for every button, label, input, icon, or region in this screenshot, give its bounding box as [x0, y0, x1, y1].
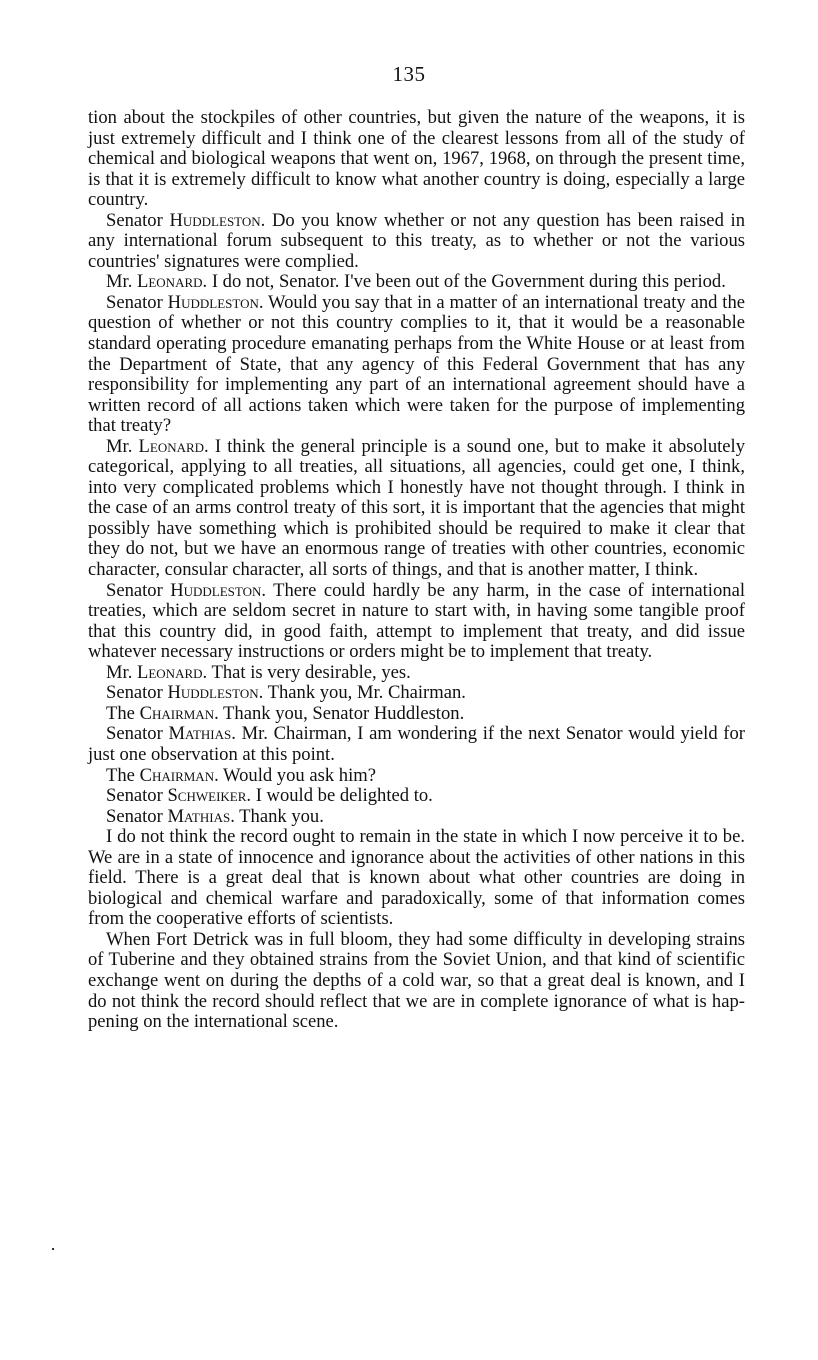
speaker-prefix: Mr. [106, 662, 137, 683]
paragraph-text: Would you ask him? [219, 765, 376, 786]
speaker-name: Leonard. [139, 436, 209, 457]
speaker-prefix: Mr. [106, 271, 137, 292]
speaker-prefix: Senator [106, 806, 167, 827]
speaker-prefix: Mr. [106, 436, 139, 457]
paragraph-text: I do not, Senator. I've been out of the … [207, 271, 726, 292]
paragraph: The Chairman. Would you ask him? [88, 766, 745, 787]
speaker-name: Chairman. [140, 703, 219, 724]
paragraph: Mr. Leonard. I do not, Senator. I've bee… [88, 272, 745, 293]
speaker-prefix: Senator [106, 682, 167, 703]
paragraph: Senator Mathias. Thank you. [88, 807, 745, 828]
paragraph-text: That is very desirable, yes. [207, 662, 411, 683]
paragraph-text: I do not think the record ought to remai… [88, 826, 745, 929]
scan-artifact-dot [52, 1248, 54, 1250]
paragraph: Senator Huddleston. There could hardly b… [88, 581, 745, 663]
speaker-name: Huddleston. [167, 682, 263, 703]
paragraph-text: When Fort Detrick was in full bloom, the… [88, 929, 745, 1032]
paragraph-text: Thank you. [235, 806, 324, 827]
speaker-name: Huddleston. [170, 580, 266, 601]
speaker-name: Leonard. [137, 271, 207, 292]
paragraph: Senator Mathias. Mr. Chairman, I am wond… [88, 724, 745, 765]
paragraph: Senator Schweiker. I would be delighted … [88, 786, 745, 807]
paragraph-text: Would you say that in a matter of an int… [88, 292, 745, 436]
speaker-name: Mathias. [167, 806, 234, 827]
speaker-prefix: Senator [106, 292, 168, 313]
page-number: 135 [0, 62, 818, 87]
paragraph-text: I think the general principle is a sound… [88, 436, 745, 580]
speaker-prefix: The [106, 765, 140, 786]
speaker-prefix: Senator [106, 210, 169, 231]
paragraph: Mr. Leonard. I think the general princip… [88, 437, 745, 581]
document-page: 135 tion about the stockpiles of other c… [0, 0, 818, 1360]
speaker-prefix: The [106, 703, 140, 724]
paragraph-text: Thank you, Mr. Chairman. [263, 682, 466, 703]
speaker-prefix: Senator [106, 785, 167, 806]
speaker-name: Mathias. [168, 723, 235, 744]
speaker-name: Leonard. [137, 662, 207, 683]
speaker-name: Huddleston. [169, 210, 265, 231]
speaker-prefix: Senator [106, 580, 170, 601]
paragraph: When Fort Detrick was in full bloom, the… [88, 930, 745, 1033]
speaker-name: Schweiker. [167, 785, 251, 806]
paragraph: Senator Huddleston. Thank you, Mr. Chair… [88, 683, 745, 704]
speaker-name: Huddleston. [168, 292, 264, 313]
paragraph: Senator Huddleston. Do you know whether … [88, 211, 745, 273]
transcript-body: tion about the stockpiles of other count… [88, 108, 745, 1033]
speaker-name: Chairman. [140, 765, 219, 786]
paragraph-text: Thank you, Senator Huddleston. [219, 703, 464, 724]
paragraph: Senator Huddleston. Would you say that i… [88, 293, 745, 437]
paragraph: I do not think the record ought to remai… [88, 827, 745, 930]
paragraph: The Chairman. Thank you, Senator Huddles… [88, 704, 745, 725]
paragraph-text: tion about the stockpiles of other count… [88, 107, 745, 210]
paragraph-text: I would be delighted to. [251, 785, 433, 806]
paragraph: Mr. Leonard. That is very desirable, yes… [88, 663, 745, 684]
paragraph: tion about the stockpiles of other count… [88, 108, 745, 211]
speaker-prefix: Senator [106, 723, 168, 744]
